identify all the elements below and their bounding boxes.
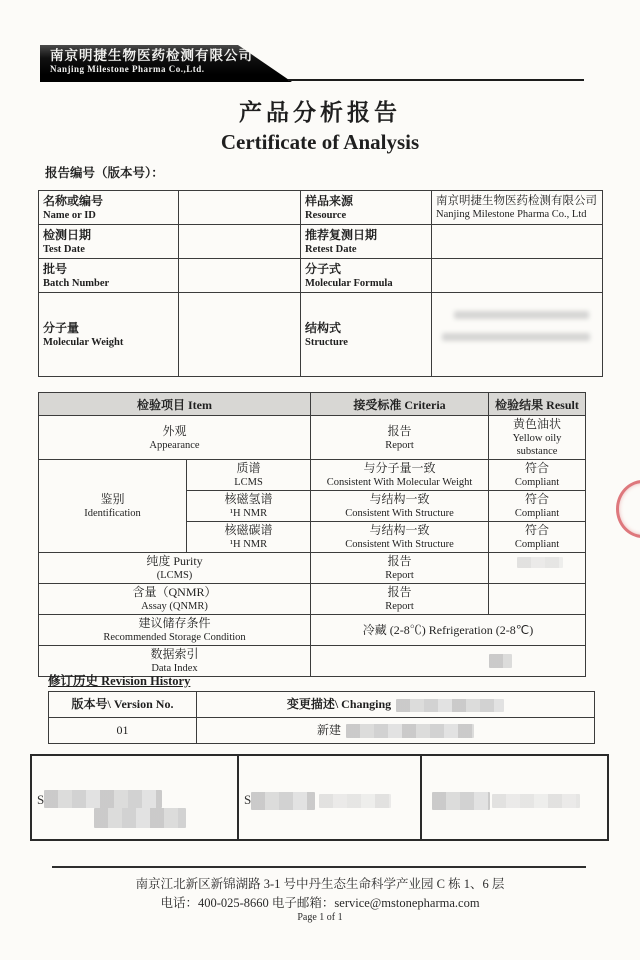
redacted-value (517, 557, 563, 568)
result-appearance: 黄色油状 Yellow oily substance (489, 416, 586, 460)
item-hnmr: 核磁氢谱 ¹H NMR (187, 491, 311, 522)
company-logo-banner: 南京明捷生物医药检测有限公司 Nanjing Milestone Pharma … (40, 45, 292, 82)
criteria-purity: 报告 Report (311, 553, 489, 584)
revision-history-heading: 修订历史 Revision History (48, 671, 190, 689)
item-appearance: 外观 Appearance (39, 416, 311, 460)
label-structure: 结构式 Structure (301, 293, 432, 377)
value-molecular-formula (432, 259, 603, 293)
table-row: 名称或编号 Name or ID 样品来源 Resource 南京明捷生物医药检… (39, 191, 603, 225)
label-name-or-id: 名称或编号 Name or ID (39, 191, 179, 225)
criteria-hnmr: 与结构一致 Consistent With Structure (311, 491, 489, 522)
red-stamp-partial (616, 480, 640, 538)
item-assay: 含量（QNMR） Assay (QNMR) (39, 584, 311, 615)
table-row: 批号 Batch Number 分子式 Molecular Formula (39, 259, 603, 293)
header-version-no: 版本号\ Version No. (49, 692, 197, 718)
item-purity: 纯度 Purity (LCMS) (39, 553, 311, 584)
footer-page-number: Page 1 of 1 (0, 912, 640, 923)
value-data-index (311, 646, 586, 677)
table-row: 01 新建 (49, 718, 595, 744)
redacted-signature (492, 794, 580, 808)
document-page: 南京明捷生物医药检测有限公司 Nanjing Milestone Pharma … (0, 0, 640, 960)
value-retest-date (432, 225, 603, 259)
logo-rule-line (288, 79, 584, 81)
table-row: 检测日期 Test Date 推荐复测日期 Retest Date (39, 225, 603, 259)
result-lcms: 符合 Compliant (489, 460, 586, 491)
label-molecular-formula: 分子式 Molecular Formula (301, 259, 432, 293)
value-resource: 南京明捷生物医药检测有限公司 Nanjing Milestone Pharma … (432, 191, 603, 225)
criteria-assay: 报告 Report (311, 584, 489, 615)
value-test-date (179, 225, 301, 259)
label-molecular-weight: 分子量 Molecular Weight (39, 293, 179, 377)
table-row-assay: 含量（QNMR） Assay (QNMR) 报告 Report (39, 584, 586, 615)
table-header-row: 检验项目 Item 接受标准 Criteria 检验结果 Result (39, 393, 586, 416)
document-title-en: Certificate of Analysis (0, 130, 640, 155)
item-lcms: 质谱 LCMS (187, 460, 311, 491)
redacted-text (346, 724, 474, 738)
table-header-row: 版本号\ Version No. 变更描述\ Changing (49, 692, 595, 718)
table-row-appearance: 外观 Appearance 报告 Report 黄色油状 Yellow oily… (39, 416, 586, 460)
cell-version-01: 01 (49, 718, 197, 744)
company-name-cn: 南京明捷生物医药检测有限公司 (50, 47, 292, 64)
label-resource: 样品来源 Resource (301, 191, 432, 225)
header-item: 检验项目 Item (39, 393, 311, 416)
redacted-signature (44, 790, 162, 808)
redacted-text (396, 699, 504, 712)
document-title-cn: 产品分析报告 (0, 94, 640, 127)
result-cnmr: 符合 Compliant (489, 522, 586, 553)
criteria-cnmr: 与结构一致 Consistent With Structure (311, 522, 489, 553)
footer-contact: 电话：400-025-8660 电子邮箱：service@mstonepharm… (0, 893, 640, 911)
label-retest-date: 推荐复测日期 Retest Date (301, 225, 432, 259)
result-assay (489, 584, 586, 615)
value-storage: 冷藏 (2-8℃) Refrigeration (2-8℃) (311, 615, 586, 646)
criteria-lcms: 与分子量一致 Consistent With Molecular Weight (311, 460, 489, 491)
redacted-signature (319, 794, 391, 808)
table-row-identification-lcms: 鉴别 Identification 质谱 LCMS 与分子量一致 Consist… (39, 460, 586, 491)
footer-address: 南京江北新区新锦湖路 3-1 号中丹生态生命科学产业园 C 栋 1、6 层 (0, 874, 640, 892)
sample-info-table: 名称或编号 Name or ID 样品来源 Resource 南京明捷生物医药检… (38, 190, 603, 377)
redacted-structure-image (454, 311, 589, 319)
redacted-value (489, 654, 512, 668)
value-name-or-id (179, 191, 301, 225)
item-cnmr: 核磁碳谱 ¹H NMR (187, 522, 311, 553)
header-criteria: 接受标准 Criteria (311, 393, 489, 416)
header-change-description: 变更描述\ Changing (197, 692, 595, 718)
signature-table: S S (30, 754, 609, 841)
cell-change-new: 新建 (197, 718, 595, 744)
label-test-date: 检测日期 Test Date (39, 225, 179, 259)
report-number-label: 报告编号（版本号）： (45, 163, 164, 181)
criteria-appearance: 报告 Report (311, 416, 489, 460)
header-result: 检验结果 Result (489, 393, 586, 416)
footer-divider-line (52, 866, 586, 868)
signature-cell-1: S (31, 755, 238, 840)
item-identification-group: 鉴别 Identification (39, 460, 187, 553)
table-row-storage: 建议储存条件 Recommended Storage Condition 冷藏 … (39, 615, 586, 646)
revision-history-table: 版本号\ Version No. 变更描述\ Changing 01 新建 (48, 691, 595, 744)
redacted-structure-image (442, 333, 590, 341)
table-row: S S (31, 755, 608, 840)
result-purity (489, 553, 586, 584)
test-results-table: 检验项目 Item 接受标准 Criteria 检验结果 Result 外观 A… (38, 392, 586, 677)
result-hnmr: 符合 Compliant (489, 491, 586, 522)
redacted-signature (94, 808, 186, 828)
redacted-signature (251, 792, 315, 810)
value-molecular-weight (179, 293, 301, 377)
signature-cell-2: S (238, 755, 421, 840)
item-storage: 建议储存条件 Recommended Storage Condition (39, 615, 311, 646)
signature-cell-3 (421, 755, 608, 840)
redacted-signature (432, 792, 490, 810)
table-row: 分子量 Molecular Weight 结构式 Structure (39, 293, 603, 377)
value-structure (432, 293, 603, 377)
value-batch-number (179, 259, 301, 293)
label-batch-number: 批号 Batch Number (39, 259, 179, 293)
table-row-purity: 纯度 Purity (LCMS) 报告 Report (39, 553, 586, 584)
company-name-en: Nanjing Milestone Pharma Co.,Ltd. (50, 64, 292, 75)
